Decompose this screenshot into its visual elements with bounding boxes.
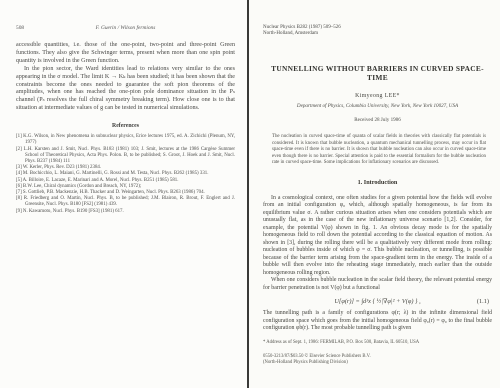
references-title: References (16, 123, 235, 129)
abstract: The nucleation in curved space-time of q… (272, 134, 486, 167)
received-date: Received 28 July 1986 (263, 117, 492, 123)
reference-item: [8] R. Friedberg and O. Martin, Nucl. Ph… (16, 196, 235, 208)
copyright-line: (North-Holland Physics Publishing Divisi… (263, 360, 492, 366)
intro-paragraph-1: In a cosmological context, one often stu… (263, 195, 492, 278)
section-heading-introduction: 1. Introduction (263, 179, 492, 186)
left-paragraph-1: accessible quantities, i.e. those of the… (16, 42, 235, 66)
reference-item: [1] K.G. Wilson, in New phenomena in sub… (16, 134, 235, 146)
author-affiliation: Department of Physics, Columbia Universi… (263, 103, 492, 109)
left-page: 508 F. Guerin / Wilson fermions accessib… (0, 0, 247, 388)
running-head: F. Guerin / Wilson fermions (16, 25, 235, 31)
author-name: Kimyeong LEE* (263, 93, 492, 99)
equation-body: U[φ(r)] = ∫d³x { ½|∇φ|² + V(φ) } , (334, 298, 420, 305)
right-page: Nuclear Physics B282 (1987) 509–526 Nort… (249, 0, 500, 388)
reference-item: [9] N. Kawamoto, Nucl. Phys. B190 [FS3] … (16, 209, 235, 215)
copyright-block: 0550-3213/87/$03.50 © Elsevier Science P… (263, 354, 492, 366)
intro-paragraph-2: When one considers bubble nucleation in … (263, 277, 492, 292)
left-page-header: 508 F. Guerin / Wilson fermions (16, 25, 235, 33)
paper-title: TUNNELLING WITHOUT BARRIERS IN CURVED SP… (263, 64, 492, 82)
references-list: [1] K.G. Wilson, in New phenomena in sub… (16, 134, 235, 215)
equation-1-1: U[φ(r)] = ∫d³x { ½|∇φ|² + V(φ) } , (1.1) (263, 298, 492, 305)
equation-number: (1.1) (477, 298, 489, 305)
address-footnote: * Address as of Sept. 1, 1986: FERMILAB,… (263, 340, 492, 345)
left-paragraph-2: In the pion sector, the Ward identities … (16, 66, 235, 113)
intro-paragraph-3: The tunnelling path is a family of confi… (263, 310, 492, 333)
journal-header: Nuclear Physics B282 (1987) 509–526 Nort… (263, 25, 492, 37)
reference-item: [4] M. Bochicchio, L. Maiani, G. Martine… (16, 171, 235, 177)
journal-publisher: North-Holland, Amsterdam (263, 31, 492, 37)
reference-item: [2] L.H. Karsten and J. Smit, Nucl. Phys… (16, 147, 235, 166)
